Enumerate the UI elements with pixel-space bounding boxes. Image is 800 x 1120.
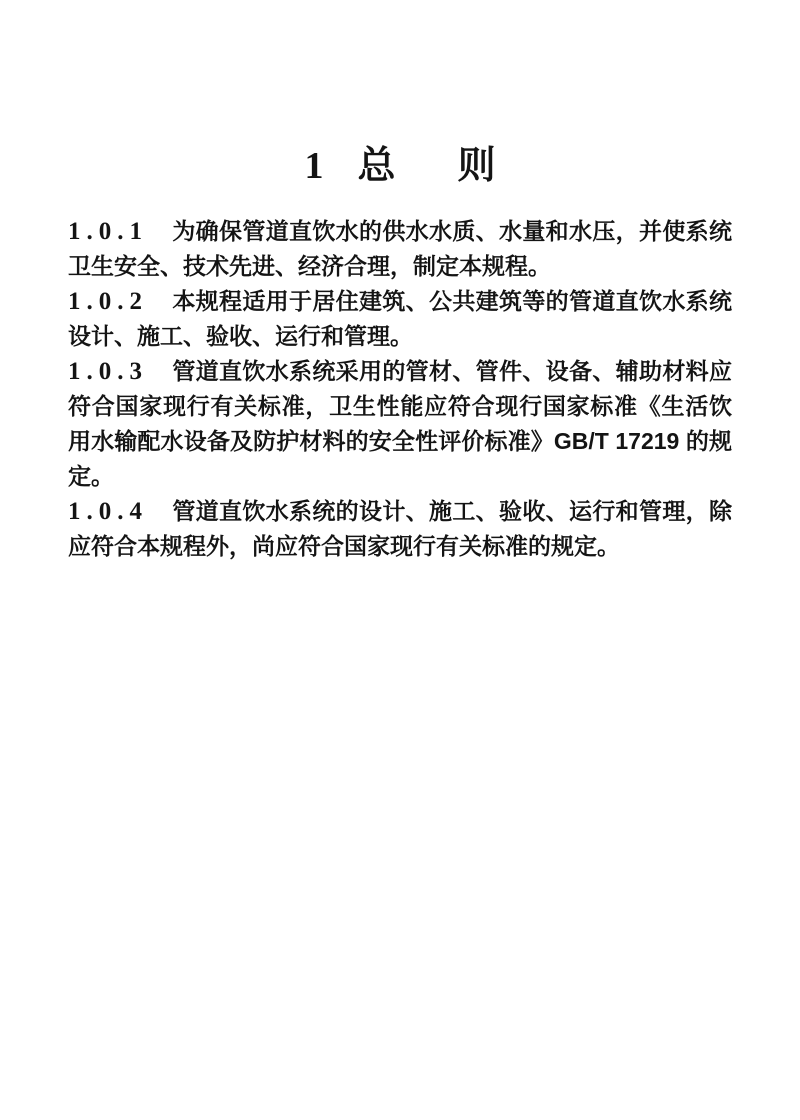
clause-1-0-1: 1.0.1为确保管道直饮水的供水水质、水量和水压，并使系统卫生安全、技术先进、经… <box>68 214 732 284</box>
clause-1-0-3: 1.0.3管道直饮水系统采用的管材、管件、设备、辅助材料应符合国家现行有关标准，… <box>68 354 732 494</box>
clause-number: 1.0.1 <box>68 218 148 245</box>
clause-number: 1.0.2 <box>68 288 148 315</box>
clause-text: 管道直饮水系统的设计、施工、验收、运行和管理，除应符合本规程外，尚应符合国家现行… <box>68 498 732 559</box>
document-page: 1总则 1.0.1为确保管道直饮水的供水水质、水量和水压，并使系统卫生安全、技术… <box>0 0 800 1120</box>
clause-number: 1.0.3 <box>68 358 148 385</box>
clause-text: 为确保管道直饮水的供水水质、水量和水压，并使系统卫生安全、技术先进、经济合理，制… <box>68 218 732 279</box>
clause-1-0-2: 1.0.2本规程适用于居住建筑、公共建筑等的管道直饮水系统设计、施工、验收、运行… <box>68 284 732 354</box>
clauses-section: 1.0.1为确保管道直饮水的供水水质、水量和水压，并使系统卫生安全、技术先进、经… <box>68 214 732 564</box>
chapter-title-char-1: 总 <box>357 143 395 189</box>
clause-number: 1.0.4 <box>68 498 148 525</box>
clause-1-0-4: 1.0.4管道直饮水系统的设计、施工、验收、运行和管理，除应符合本规程外，尚应符… <box>68 494 732 564</box>
chapter-number: 1 <box>304 143 323 189</box>
clause-text: 管道直饮水系统采用的管材、管件、设备、辅助材料应符合国家现行有关标准，卫生性能应… <box>68 358 732 489</box>
chapter-title-char-2: 则 <box>458 143 496 189</box>
clause-text: 本规程适用于居住建筑、公共建筑等的管道直饮水系统设计、施工、验收、运行和管理。 <box>68 288 732 349</box>
chapter-heading: 1总则 <box>0 143 800 189</box>
